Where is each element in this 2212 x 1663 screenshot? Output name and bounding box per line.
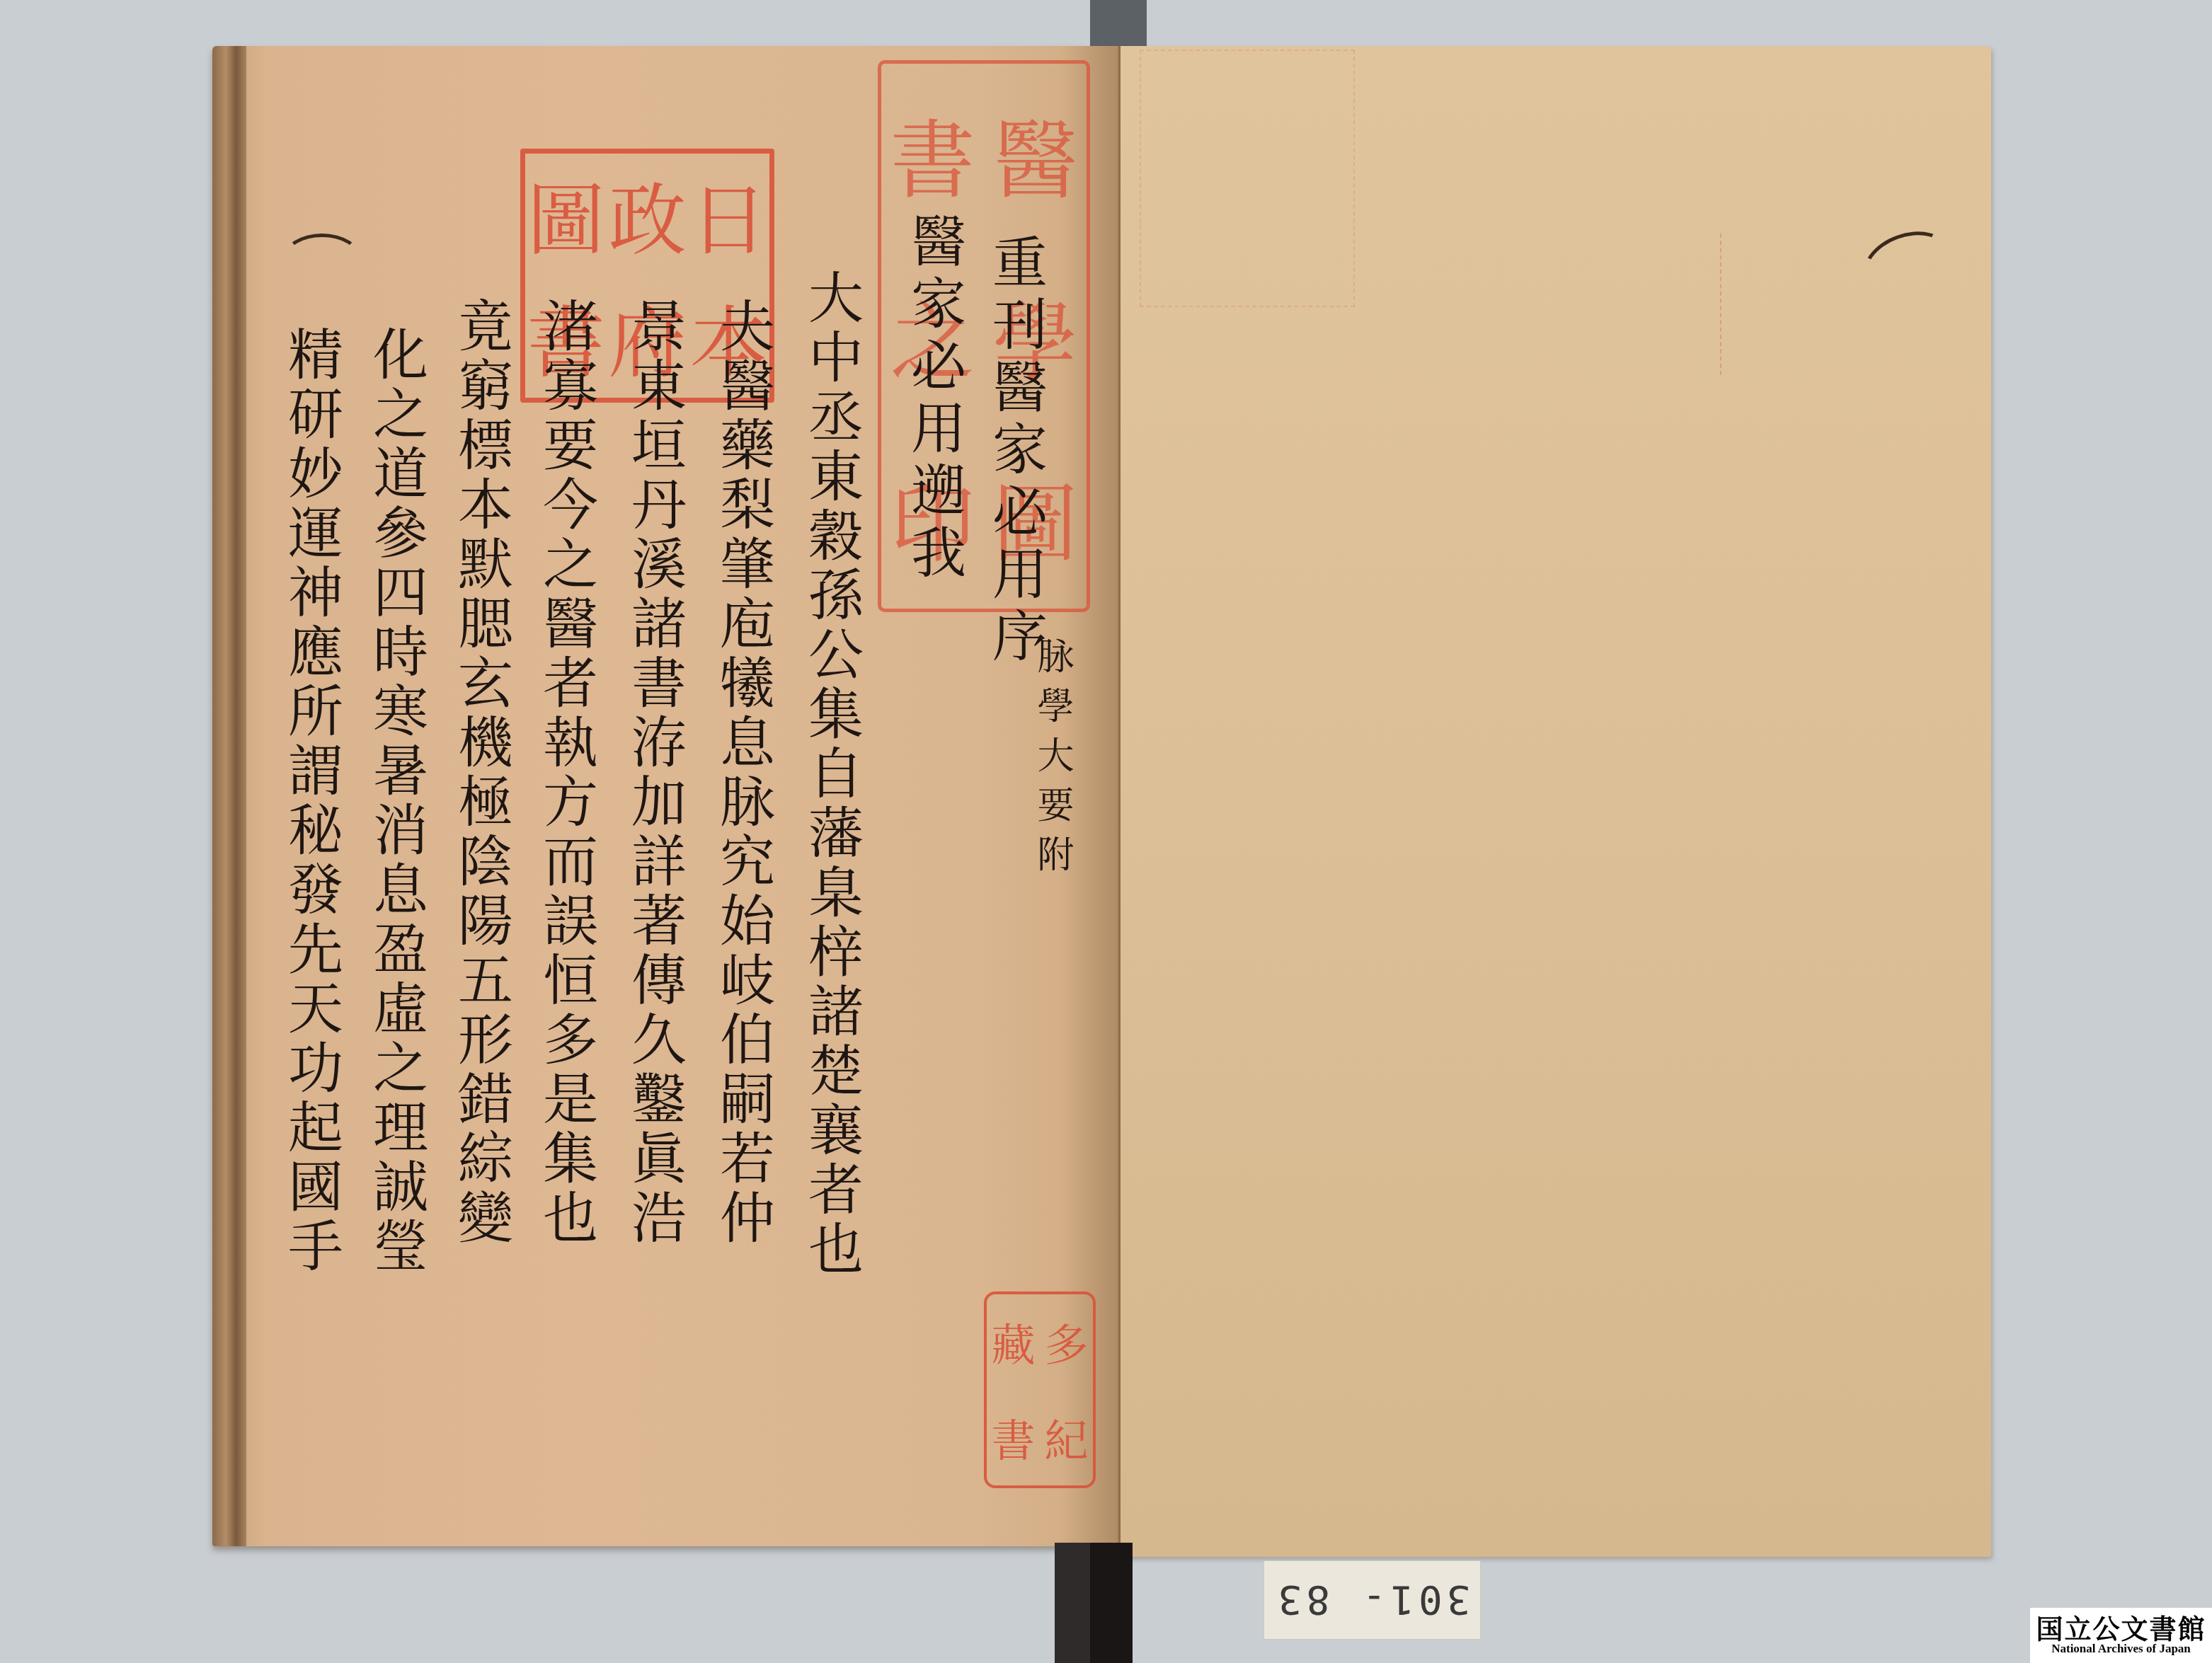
seal-char: 日 xyxy=(688,154,769,276)
seal-char: 多 xyxy=(1040,1294,1093,1390)
seal-show-through xyxy=(1140,50,1355,307)
archive-name-en: National Archives of Japan xyxy=(2051,1642,2191,1656)
call-number-label: 301- 83 xyxy=(1263,1560,1481,1640)
preface-title: 重刊醫家必用序 xyxy=(987,234,1043,669)
archive-name-jp: 国立公文書館 xyxy=(2036,1616,2206,1642)
second-title: 醫家必用遡我 xyxy=(906,212,961,586)
seal-char: 圖 xyxy=(525,154,607,276)
left-page-edge xyxy=(212,46,246,1546)
seal-show-through-2 xyxy=(1437,234,1721,375)
text-column-5: 竟窮標本默腮玄機極陰陽五形錯綜變 xyxy=(453,297,508,1248)
seal-char: 政 xyxy=(607,154,688,276)
spine-shadow xyxy=(1055,1543,1090,1663)
wormhole-mark xyxy=(283,234,361,283)
taki-collection-seal: 多 紀 藏 書 xyxy=(984,1291,1096,1488)
text-column-4: 渚寡要今之醫者執方而誤恒多是集也 xyxy=(538,297,593,1248)
national-archives-watermark: 国立公文書館 National Archives of Japan xyxy=(2030,1608,2212,1663)
backdrop-strip xyxy=(1090,0,1147,46)
spine xyxy=(1090,1543,1133,1663)
seal-char: 書 xyxy=(987,1390,1040,1485)
text-column-7: 精研妙運神應所謂秘發先天功起國手 xyxy=(283,326,338,1277)
seal-char: 紀 xyxy=(1040,1390,1093,1485)
call-number-text: 301- 83 xyxy=(1274,1577,1471,1623)
text-column-1: 大中丞東穀孫公集自藩臬梓諸楚襄者也 xyxy=(803,269,859,1279)
seal-char: 藏 xyxy=(987,1294,1040,1390)
text-column-2: 夫醫藥梨肇庖犧息脉究始岐伯嗣若仲 xyxy=(715,297,770,1248)
text-column-6: 化之道參四時寒暑消息盈虛之理誠瑩 xyxy=(368,326,423,1277)
title-annotation: 脉學大要附 xyxy=(1033,637,1070,885)
text-column-3: 景東垣丹溪諸書洊加詳著傳久鑿眞浩 xyxy=(626,297,682,1248)
seal-char: 醫 xyxy=(984,64,1087,246)
